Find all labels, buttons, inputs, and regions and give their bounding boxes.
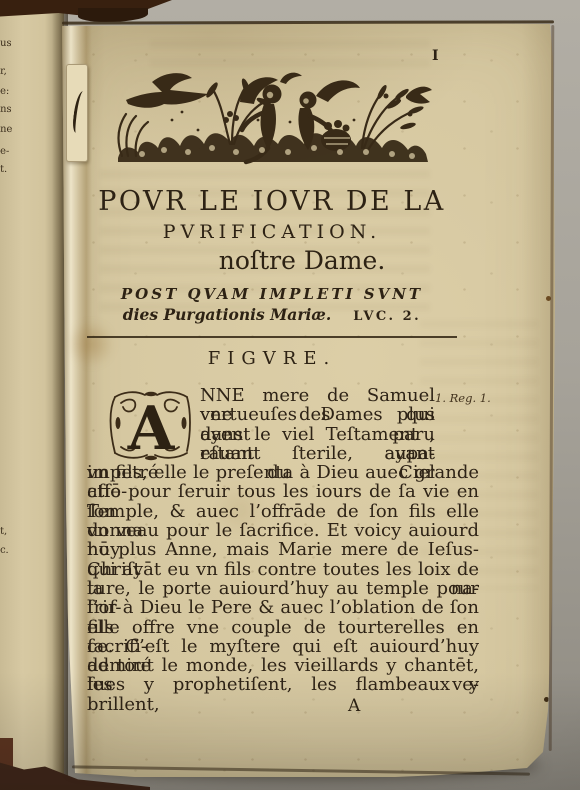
- gutter-text-fragment: e-: [0, 146, 18, 157]
- gutter-text-fragment: t.: [0, 164, 18, 175]
- horizontal-rule: [87, 336, 457, 338]
- body-line: fues y prophetiſent, les flambeaux y bri…: [87, 675, 479, 694]
- drop-cap-letter: A: [127, 394, 176, 461]
- body-line: qui ayāt eu vn fils contre toutes les lo…: [87, 560, 479, 579]
- body-line: Temple, & auec l’offrāde de ſon fils ell…: [87, 502, 479, 521]
- book-photo: us r, e: ns ne e- t. t, c. I: [0, 0, 580, 790]
- body-line: nō plus Anne, mais Marie mere de Ieſus-C…: [87, 540, 479, 559]
- gutter-text-fragment: c.: [0, 545, 18, 556]
- body-line: elle offre vne couple de tourterelles en…: [87, 618, 479, 637]
- gathering-signature: A: [348, 696, 360, 716]
- page-title-line1: POVR LE IOVR DE LA: [87, 186, 457, 217]
- gutter-text-fragment: ns: [0, 104, 18, 115]
- drop-cap-woodcut: A: [107, 389, 193, 461]
- body-line: ctiō pour ſeruir tous les iours de ſa vi…: [87, 482, 479, 501]
- paper-speck: [546, 296, 551, 301]
- body-line: ce. C’eſt le myſtere qui eſt auiourd’huy…: [87, 637, 479, 656]
- title-block: POVR LE IOVR DE LA PVRIFICATION. noſtre …: [87, 20, 457, 380]
- body-paragraph: A NNE mere de Samuel vne des plus vertue…: [87, 386, 479, 695]
- gutter-text-fragment: e:: [0, 86, 18, 97]
- section-heading: FIGVRE.: [87, 348, 457, 369]
- epigraph-reference: LVC. 2.: [353, 309, 421, 324]
- body-line: vn fils, elle le preſenta à Dieu auec gr…: [87, 463, 479, 482]
- binding-headband: [78, 8, 148, 22]
- epigraph-latin-line1: POST QVAM IMPLETI SVNT: [87, 285, 457, 303]
- body-line: ture, le porte auiourd’huy au temple pou…: [87, 579, 479, 598]
- page-title-line2: PVRIFICATION.: [87, 221, 457, 243]
- epigraph-latin-line2: dies Purgationis Mariæ. LVC. 2.: [87, 305, 457, 324]
- body-line: de tout le monde, les vieillards y chant…: [87, 656, 479, 675]
- gutter-text-fragment: us: [0, 38, 18, 49]
- paper-speck: [544, 697, 549, 702]
- book-page: I: [60, 20, 556, 777]
- gutter-text-fragment: t,: [0, 526, 18, 537]
- page-tab: [66, 64, 88, 162]
- body-line: vn veau pour le ſacrifice. Et voicy auio…: [87, 521, 479, 540]
- gutter-text-fragment: r,: [0, 66, 18, 77]
- page-title-line3: noſtre Dame.: [117, 246, 487, 275]
- margin-citation: 1. Reg. 1.: [435, 391, 491, 405]
- body-line: frir à Dieu le Pere & auec l’oblation de…: [87, 598, 479, 617]
- epigraph-text: dies Purgationis Mariæ.: [123, 305, 331, 324]
- gutter-text-fragment: ne: [0, 124, 18, 135]
